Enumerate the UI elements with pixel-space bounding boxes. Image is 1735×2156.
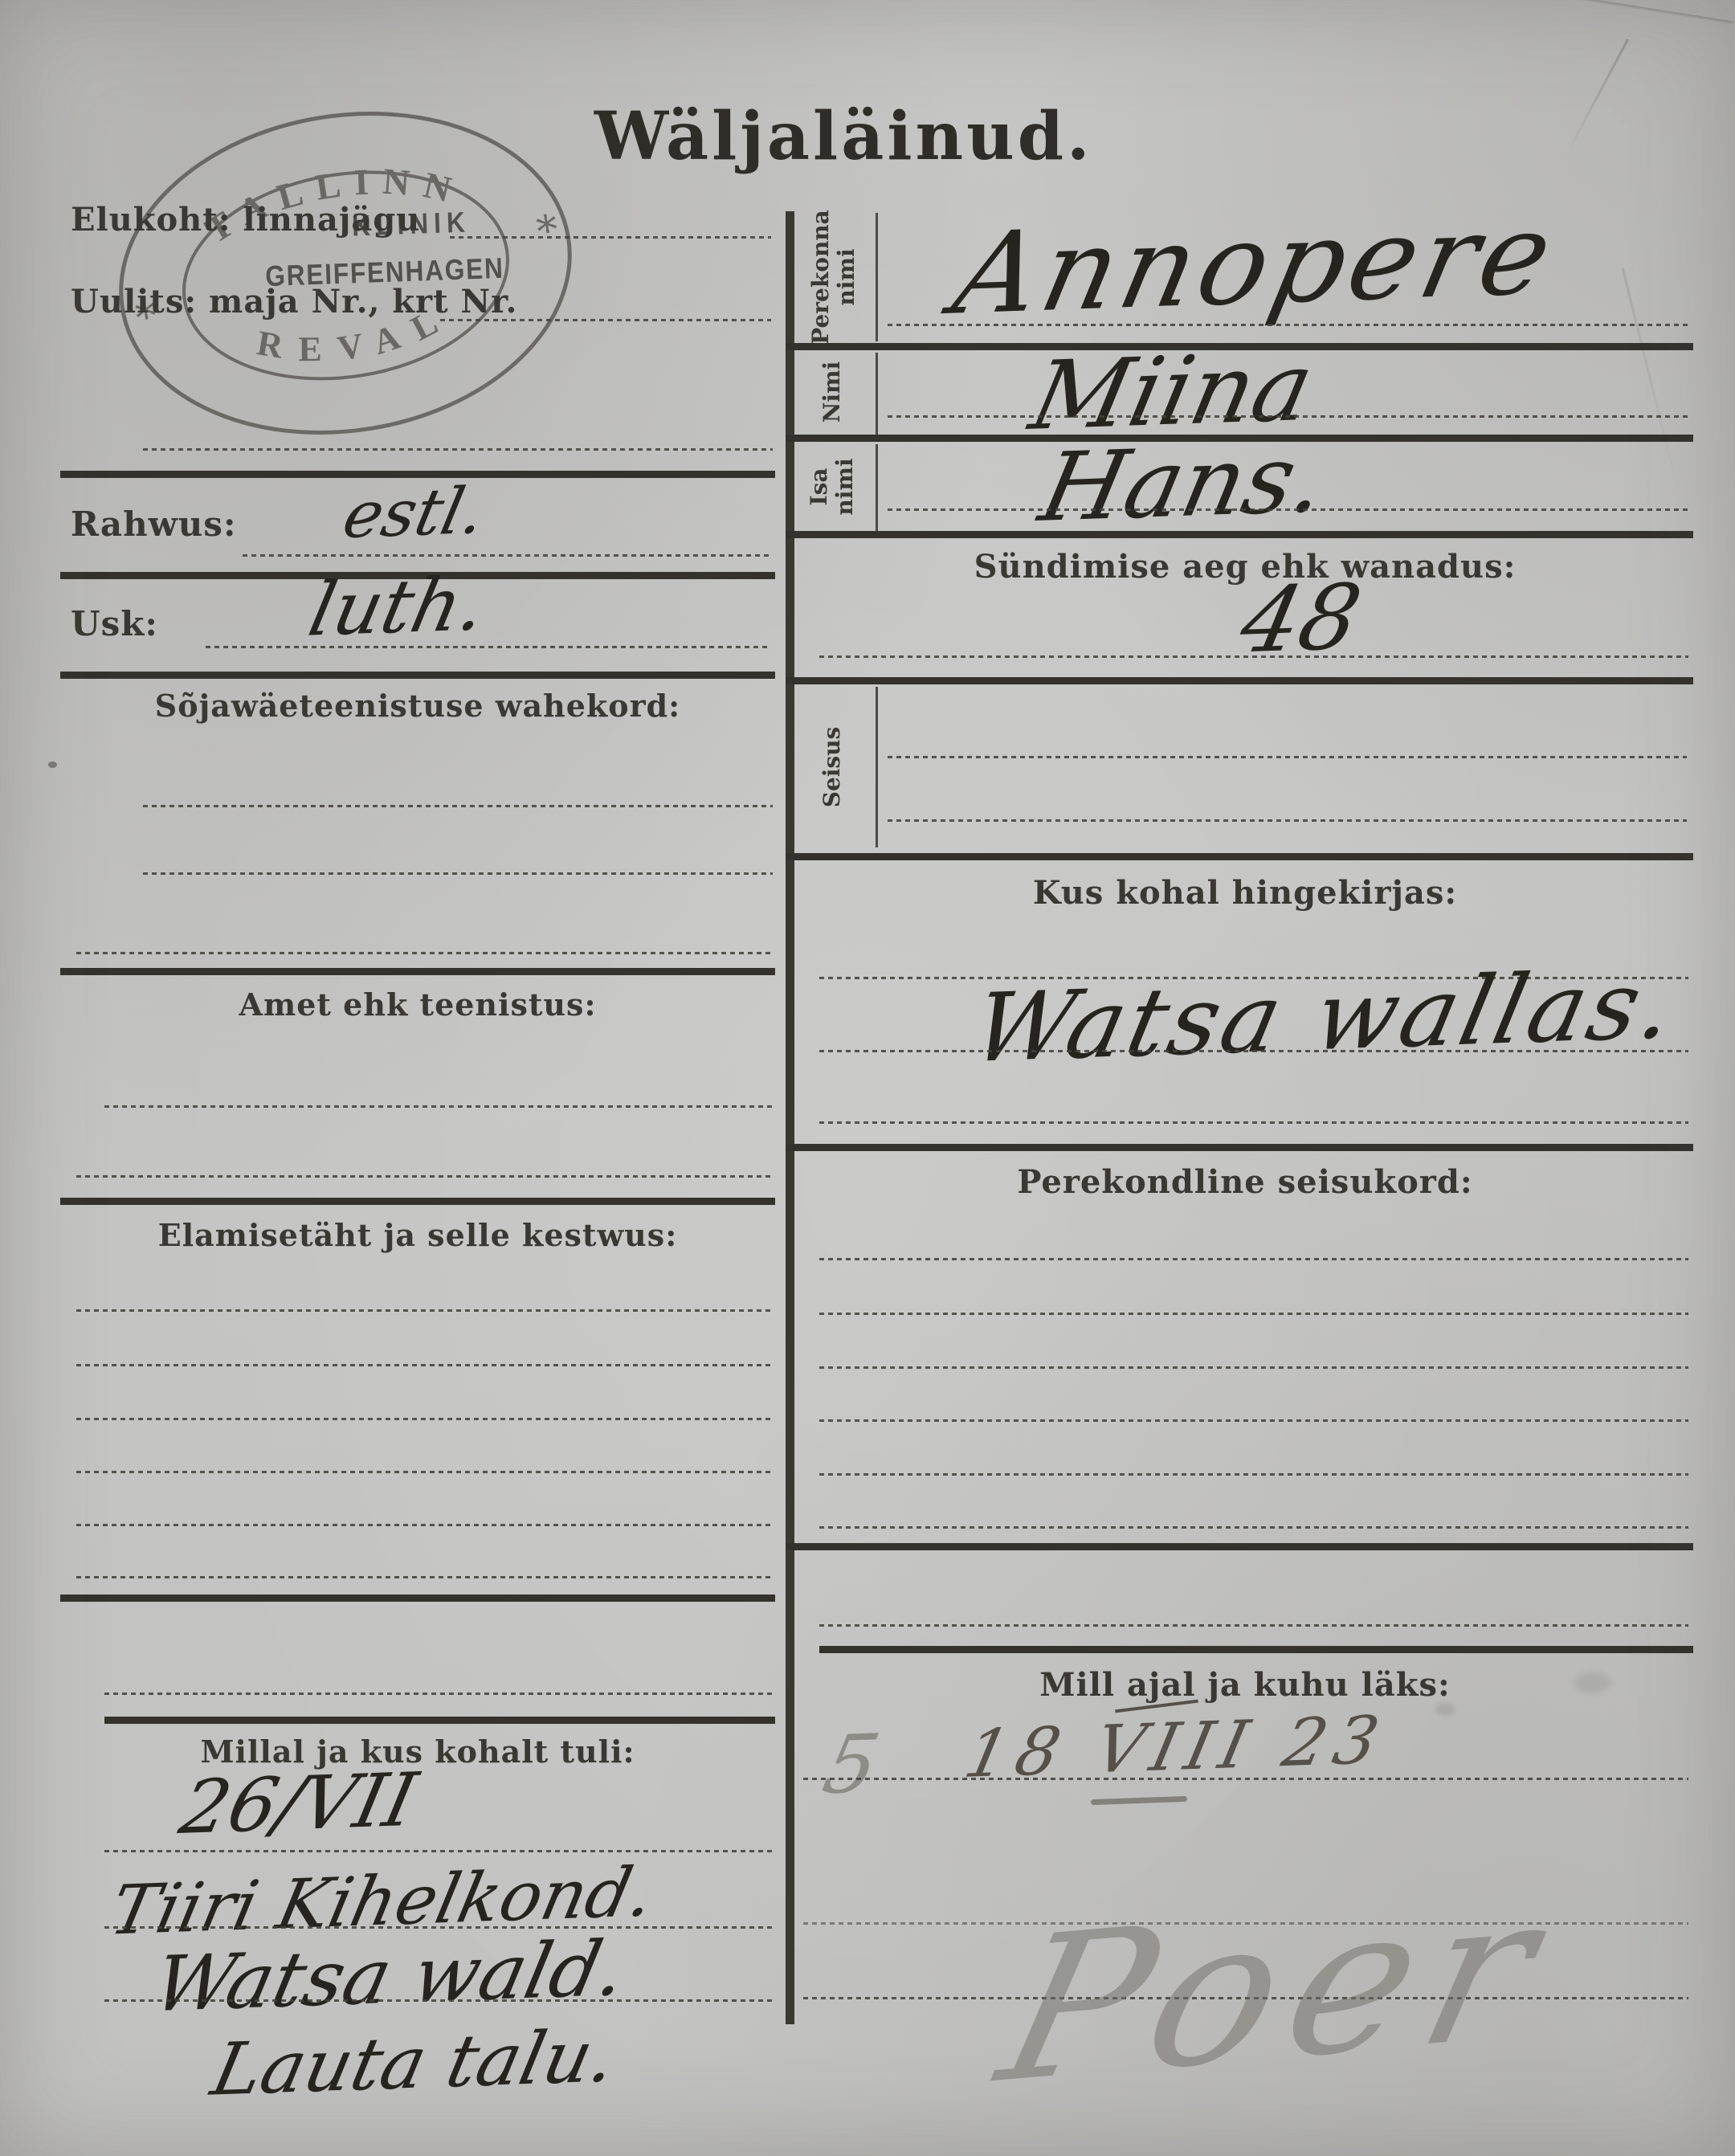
rule-heavy [104,1717,775,1724]
nimi-label: Nimi [819,361,845,423]
dotted-line [819,1121,1688,1124]
dotted-line [888,415,1691,418]
rotated-label-perekonna-nimi: Perekonna nimi [798,209,870,345]
paper-speck [48,762,57,768]
isa-label-line2: nimi [832,458,858,515]
label-separator-rule [876,687,878,847]
rule-heavy [819,1646,1693,1653]
dotted-line [104,1999,773,2002]
rule-heavy [786,1543,1693,1550]
label-separator-rule [876,444,878,531]
kus-kohal-handwritten-value: Watsa wallas. [964,949,1688,1084]
paper-crease [1570,39,1629,146]
dotted-line [803,1778,1688,1780]
dotted-line [104,1926,773,1929]
dotted-line [819,1526,1688,1529]
dotted-line [76,1524,773,1526]
perekonna-label-line1: Perekonna [808,210,834,345]
dotted-line [76,1576,773,1578]
section-label-sojawae: Sõjawäeteenistuse wahekord: [60,688,775,724]
dotted-line [450,236,771,239]
dotted-line [888,819,1687,822]
millal-tuli-handwritten-date: 26/VII [173,1757,423,1851]
dotted-line [104,1693,773,1695]
rule-heavy [786,531,1693,538]
dotted-line [143,872,773,875]
scanned-form-page: Wäljaläinud. TALLINN REVAL * * KLINIK GR… [0,0,1735,2156]
rotated-label-nimi: Nimi [816,344,848,440]
dotted-line [76,1364,773,1366]
rule-heavy [786,677,1693,684]
stamp-star-right: * [533,206,561,256]
millal-tuli-handwritten-farm: Lauta talu. [205,2014,624,2112]
rotated-label-seisus: Seisus [808,695,856,839]
dotted-line [76,1309,773,1312]
dotted-line [819,1366,1688,1369]
field-label-rahwus: Rahwus: [71,504,236,544]
section-label-kus-kohal: Kus kohal hingekirjas: [795,874,1695,912]
dotted-line [888,324,1691,326]
rahwus-handwritten-value: estl. [337,473,492,553]
pencil-underline [1091,1796,1187,1805]
dotted-line [819,1313,1688,1315]
dotted-line [888,756,1687,758]
rule-heavy [60,1595,775,1602]
dotted-line [819,1624,1688,1627]
dotted-line [76,1418,773,1420]
isa-label-line1: Isa [806,468,832,506]
dotted-line [76,1175,773,1178]
dotted-line [888,508,1691,511]
perekonna-nimi-handwritten-value: Annopere [944,189,1568,341]
section-label-amet: Amet ehk teenistus: [60,986,775,1023]
field-label-uulits: Uulits: maja Nr., krt Nr. [71,283,517,321]
column-divider [786,211,794,2024]
rule-heavy [60,968,775,975]
rule-heavy [60,672,775,679]
isa-nimi-handwritten-value: Hans. [1031,423,1337,543]
label-separator-rule [876,353,878,435]
page-title: Wäljaläinud. [594,98,1093,175]
dotted-line [819,655,1688,658]
paper-speck [1435,1703,1455,1716]
dotted-line [104,1850,773,1852]
pencil-signature: Poer [982,1849,1571,2127]
dotted-line [819,1419,1688,1422]
perekonna-label-line2: nimi [834,248,859,305]
dotted-line [143,448,773,451]
rule-heavy [786,1144,1693,1151]
label-separator-rule [876,213,878,341]
section-label-sundimise: Sündimise aeg ehk wanadus: [795,548,1695,586]
section-label-elamisetaht: Elamisetäht ja selle kestwus: [60,1217,775,1253]
dotted-line [206,646,771,648]
dotted-line [76,1471,773,1473]
dotted-line [243,554,771,557]
usk-handwritten-value: luth. [302,561,494,652]
dotted-line [104,1105,773,1108]
dotted-line [440,319,771,321]
seisus-label: Seisus [819,727,845,808]
paper-crease [1464,0,1733,25]
section-label-perekondline: Perekondline seisukord: [795,1163,1695,1201]
dotted-line [819,1473,1688,1476]
dotted-line [143,805,773,807]
rule-heavy [60,1198,775,1205]
field-label-usk: Usk: [71,604,158,643]
millal-tuli-handwritten-township: Watsa wald. [146,1925,634,2029]
dotted-line [819,1258,1688,1260]
rule-heavy [786,853,1693,860]
pencil-mark: 5 [815,1717,887,1812]
rotated-label-isa-nimi: Isa nimi [800,439,864,535]
section-label-mill-ajal: Mill ajal ja kuhu läks: [795,1666,1695,1704]
dotted-line [819,1050,1688,1052]
dotted-line [76,952,773,954]
field-label-elukoht: Elukoht: linnajägu [71,201,420,239]
